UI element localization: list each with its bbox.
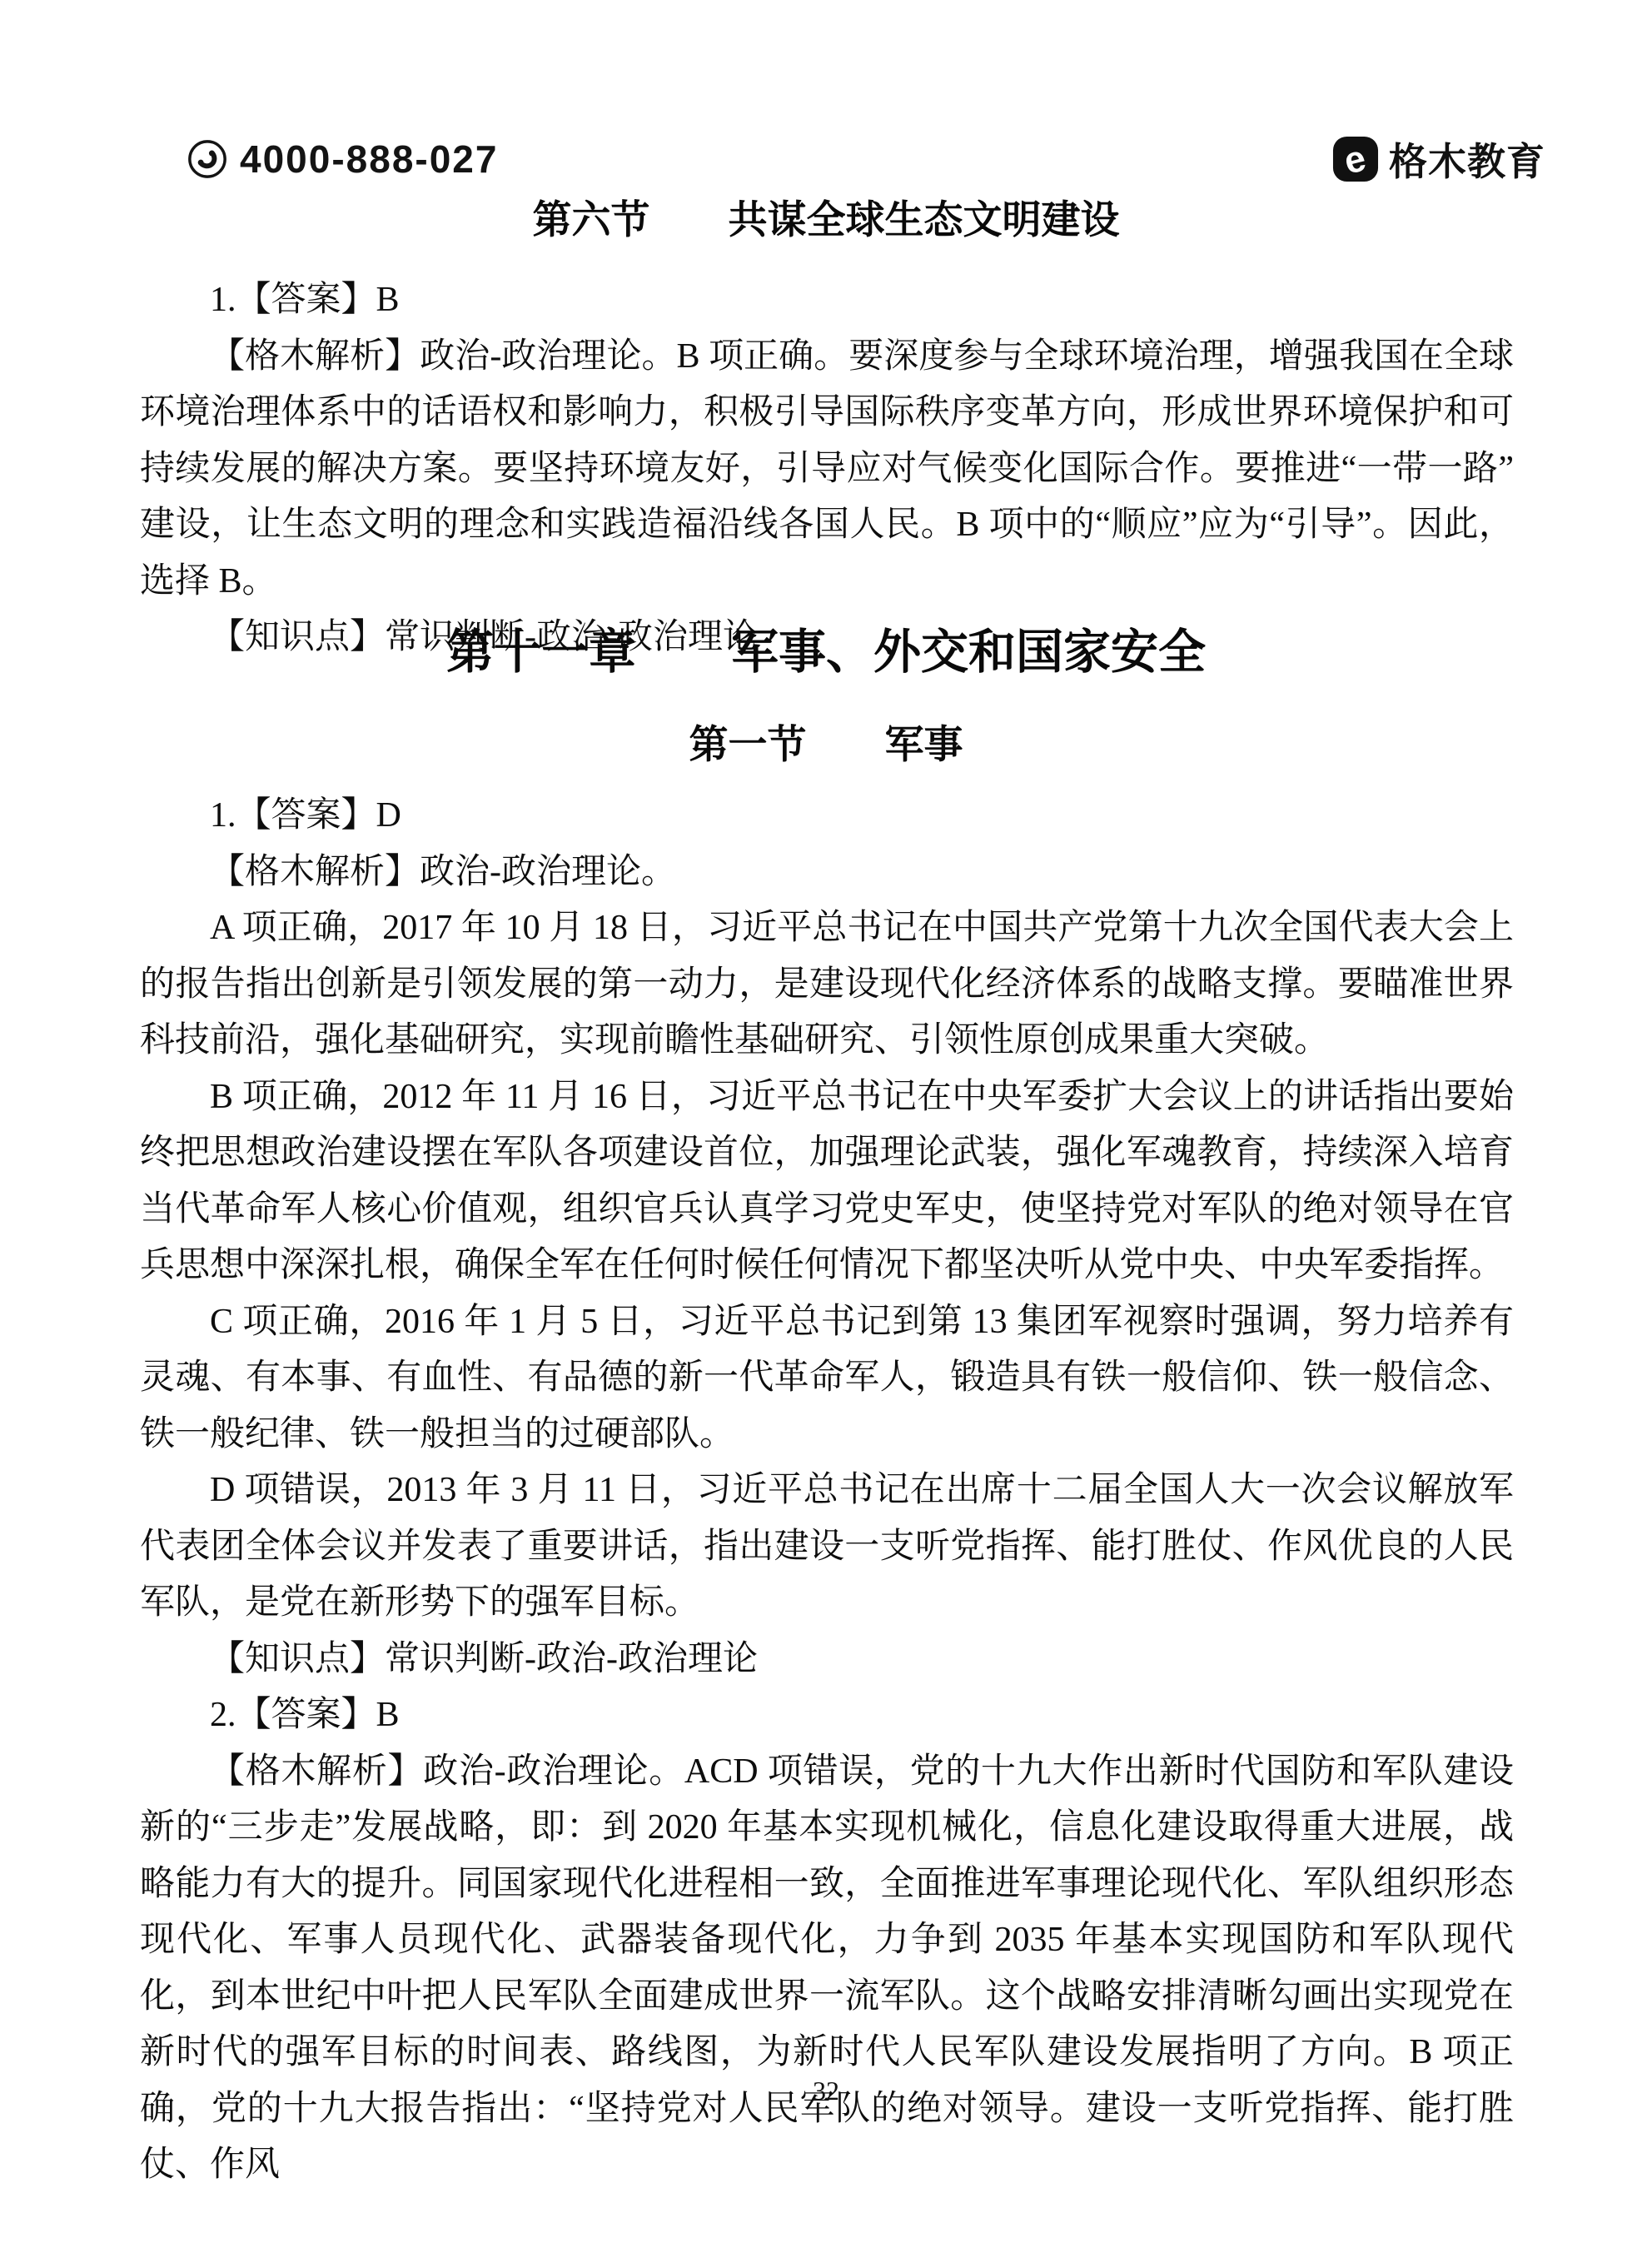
page-number: 32 <box>0 2076 1652 2106</box>
section6-title: 第六节 共谋全球生态文明建设 <box>0 197 1652 246</box>
phone-number: 4000-888-027 <box>240 137 498 182</box>
page-header: 4000-888-027 e 格木教育 <box>187 132 1545 187</box>
section1-body: 1.【答案】D 【格木解析】政治-政治理论。 A 项正确，2017 年 10 月… <box>140 788 1514 2194</box>
option-b-paragraph: B 项正确，2012 年 11 月 16 日，习近平总书记在中央军委扩大会议上的… <box>140 1069 1514 1294</box>
knowledge-point-line: 【知识点】常识判断-政治-政治理论 <box>140 1632 1514 1688</box>
document-page: 4000-888-027 e 格木教育 第六节 共谋全球生态文明建设 1.【答案… <box>0 0 1652 2243</box>
analysis-paragraph: 【格木解析】政治-政治理论。B 项正确。要深度参与全球环境治理，增强我国在全球环… <box>140 329 1514 611</box>
option-d-paragraph: D 项错误，2013 年 3 月 11 日，习近平总书记在出席十二届全国人大一次… <box>140 1463 1514 1632</box>
section1-title: 第一节 军事 <box>0 721 1652 770</box>
analysis-intro-line: 【格木解析】政治-政治理论。 <box>140 845 1514 901</box>
answer-line: 1.【答案】D <box>140 788 1514 845</box>
header-phone: 4000-888-027 <box>187 137 498 182</box>
answer-line: 2.【答案】B <box>140 1687 1514 1744</box>
analysis-paragraph: 【格木解析】政治-政治理论。ACD 项错误，党的十九大作出新时代国防和军队建设新… <box>140 1744 1514 2194</box>
brand-name: 格木教育 <box>1389 132 1545 187</box>
section6-body: 1.【答案】B 【格木解析】政治-政治理论。B 项正确。要深度参与全球环境治理，… <box>140 272 1514 666</box>
phone-icon <box>187 138 228 180</box>
brand: e 格木教育 <box>1332 132 1545 187</box>
brand-logo-icon: e <box>1332 136 1379 182</box>
chapter11-title: 第十一章 军事、外交和国家安全 <box>0 625 1652 681</box>
option-a-paragraph: A 项正确，2017 年 10 月 18 日，习近平总书记在中国共产党第十九次全… <box>140 900 1514 1069</box>
option-c-paragraph: C 项正确，2016 年 1 月 5 日，习近平总书记到第 13 集团军视察时强… <box>140 1294 1514 1463</box>
answer-line: 1.【答案】B <box>140 272 1514 329</box>
